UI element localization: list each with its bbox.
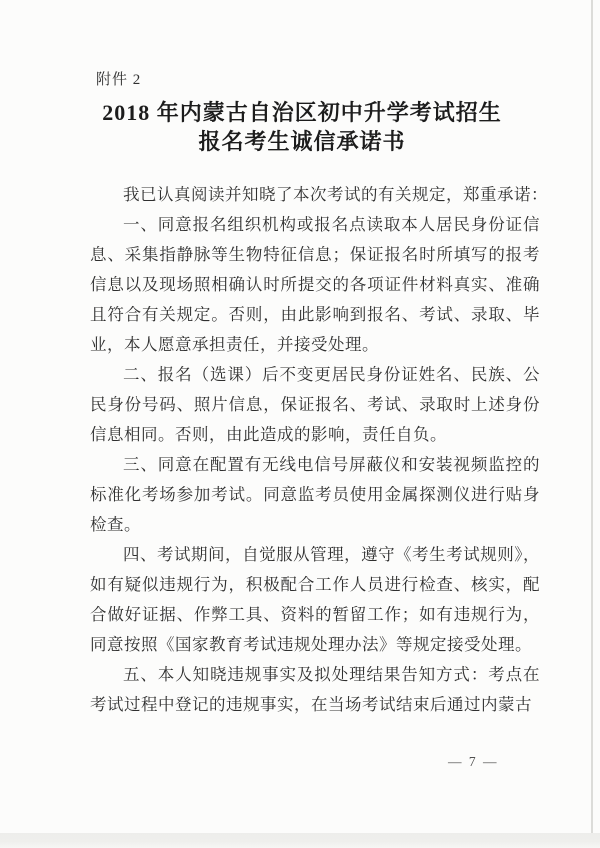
page-number: — 7 — (448, 754, 499, 770)
scan-page-edge-line (591, 0, 593, 836)
paragraph-3-line: 检查。 (90, 510, 540, 540)
scanned-document-page: 附件 2 2018 年内蒙古自治区初中升学考试招生 报名考生诚信承诺书 我已认真… (0, 0, 600, 848)
paragraph-2: 二、报名（选课）后不变更居民身份证姓名、民族、公 民身份号码、照片信息，保证报名… (90, 360, 540, 450)
paragraph-5-line: 考试过程中登记的违规事实，在当场考试结束后通过内蒙古 (90, 690, 540, 720)
paragraph-1-line: 且符合有关规定。否则，由此影响到报名、考试、录取、毕 (90, 300, 540, 330)
document-title: 2018 年内蒙古自治区初中升学考试招生 报名考生诚信承诺书 (0, 98, 600, 156)
paragraph-3: 三、同意在配置有无线电信号屏蔽仪和安装视频监控的 标准化考场参加考试。同意监考员… (90, 450, 540, 540)
paragraph-5: 五、本人知晓违规事实及拟处理结果告知方式：考点在 考试过程中登记的违规事实，在当… (90, 660, 540, 720)
paragraph-4-line: 同意按照《国家教育考试违规处理办法》等规定接受处理。 (90, 630, 540, 660)
paragraph-4-line: 四、考试期间，自觉服从管理，遵守《考生考试规则》， (90, 540, 540, 570)
paragraph-1-line: 信息以及现场照相确认时所提交的各项证件材料真实、准确 (90, 270, 540, 300)
paragraph-1-line: 一、同意报名组织机构或报名点读取本人居民身份证信 (90, 210, 540, 240)
paragraph-4-line: 如有疑似违规行为，积极配合工作人员进行检查、核实，配 (90, 570, 540, 600)
scan-bottom-shadow-band (0, 833, 600, 848)
attachment-label: 附件 2 (96, 68, 141, 89)
paragraph-4-line: 合做好证据、作弊工具、资料的暂留工作；如有违规行为， (90, 600, 540, 630)
paragraph-3-line: 标准化考场参加考试。同意监考员使用金属探测仪进行贴身 (90, 480, 540, 510)
paragraph-2-line: 民身份号码、照片信息，保证报名、考试、录取时上述身份 (90, 390, 540, 420)
paragraph-1-line: 息、采集指静脉等生物特征信息；保证报名时所填写的报考 (90, 240, 540, 270)
paragraph-1-line: 业，本人愿意承担责任，并接受处理。 (90, 330, 540, 360)
paragraph-1: 一、同意报名组织机构或报名点读取本人居民身份证信 息、采集指静脉等生物特征信息；… (90, 210, 540, 360)
intro-line: 我已认真阅读并知晓了本次考试的有关规定，郑重承诺： (90, 180, 540, 210)
paragraph-5-line: 五、本人知晓违规事实及拟处理结果告知方式：考点在 (90, 660, 540, 690)
document-title-line-1: 2018 年内蒙古自治区初中升学考试招生 (0, 98, 600, 127)
paragraph-2-line: 二、报名（选课）后不变更居民身份证姓名、民族、公 (90, 360, 540, 390)
paragraph-4: 四、考试期间，自觉服从管理，遵守《考生考试规则》， 如有疑似违规行为，积极配合工… (90, 540, 540, 660)
document-body: 我已认真阅读并知晓了本次考试的有关规定，郑重承诺： 一、同意报名组织机构或报名点… (90, 180, 540, 720)
paragraph-3-line: 三、同意在配置有无线电信号屏蔽仪和安装视频监控的 (90, 450, 540, 480)
paragraph-2-line: 信息相同。否则，由此造成的影响，责任自负。 (90, 420, 540, 450)
document-title-line-2: 报名考生诚信承诺书 (0, 127, 600, 156)
